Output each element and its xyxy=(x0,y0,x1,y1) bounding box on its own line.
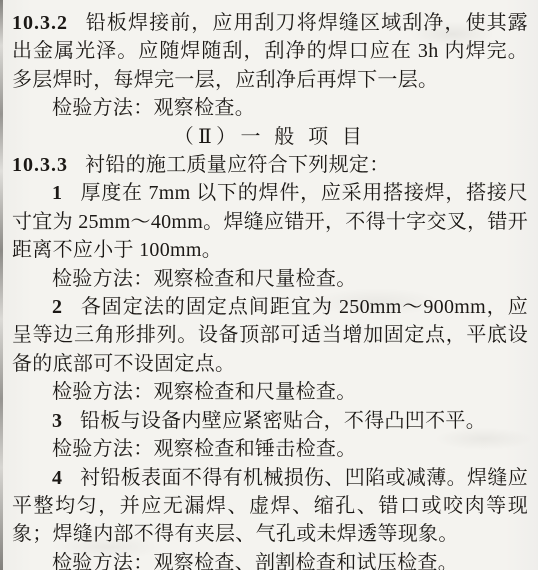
heading-text: （Ⅱ）一 般 项 目 xyxy=(174,126,367,148)
clause-10-3-3: 10.3.3衬铅的施工质量应符合下列规定： xyxy=(12,151,528,179)
document-page: 10.3.2铅板焊接前，应用刮刀将焊缝区域刮净，使其露出金属光泽。应随焊随刮，刮… xyxy=(0,0,538,570)
item-text: 厚度在 7mm 以下的焊件，应采用搭接焊，搭接尺寸宜为 25mm～40mm。焊缝… xyxy=(12,182,528,261)
method-text: 检验方法：观察检查、剖割检查和试压检查。 xyxy=(52,552,458,570)
clause-text: 铅板焊接前，应用刮刀将焊缝区域刮净，使其露出金属光泽。应随焊随刮，刮净的焊口应在… xyxy=(12,12,528,91)
item-text: 铅板与设备内壁应紧密贴合，不得凸凹不平。 xyxy=(80,410,486,432)
inspection-method-line: 检验方法：观察检查、剖割检查和试压检查。 xyxy=(12,549,528,570)
item-number: 3 xyxy=(52,410,80,432)
section-heading-general-items: （Ⅱ）一 般 项 目 xyxy=(12,123,528,151)
inspection-method-line: 检验方法：观察检查和尺量检查。 xyxy=(12,378,528,406)
method-text: 检验方法：观察检查和锤击检查。 xyxy=(52,438,357,460)
method-text: 检验方法：观察检查和尺量检查。 xyxy=(52,381,357,403)
method-text: 检验方法：观察检查。 xyxy=(52,97,255,119)
list-item-2: 2各固定法的固定点间距宜为 250mm～900mm，应呈等边三角形排列。设备顶部… xyxy=(12,293,528,378)
method-text: 检验方法：观察检查和尺量检查。 xyxy=(52,268,357,290)
inspection-method-line: 检验方法：观察检查和锤击检查。 xyxy=(12,435,528,463)
clause-10-3-2: 10.3.2铅板焊接前，应用刮刀将焊缝区域刮净，使其露出金属光泽。应随焊随刮，刮… xyxy=(12,9,528,94)
clause-number: 10.3.2 xyxy=(12,12,85,34)
clause-text: 衬铅的施工质量应符合下列规定： xyxy=(85,154,390,176)
item-text: 各固定法的固定点间距宜为 250mm～900mm，应呈等边三角形排列。设备顶部可… xyxy=(12,296,528,375)
item-number: 1 xyxy=(52,182,80,204)
item-text: 衬铅板表面不得有机械损伤、凹陷或减薄。焊缝应平整均匀，并应无漏焊、虚焊、缩孔、错… xyxy=(12,467,528,546)
list-item-3: 3铅板与设备内壁应紧密贴合，不得凸凹不平。 xyxy=(12,407,528,435)
item-number: 2 xyxy=(52,296,80,318)
inspection-method-line: 检验方法：观察检查。 xyxy=(12,94,528,122)
clause-number: 10.3.3 xyxy=(12,154,85,176)
item-number: 4 xyxy=(52,467,80,489)
inspection-method-line: 检验方法：观察检查和尺量检查。 xyxy=(12,265,528,293)
list-item-4: 4衬铅板表面不得有机械损伤、凹陷或减薄。焊缝应平整均匀，并应无漏焊、虚焊、缩孔、… xyxy=(12,464,528,549)
list-item-1: 1厚度在 7mm 以下的焊件，应采用搭接焊，搭接尺寸宜为 25mm～40mm。焊… xyxy=(12,179,528,264)
